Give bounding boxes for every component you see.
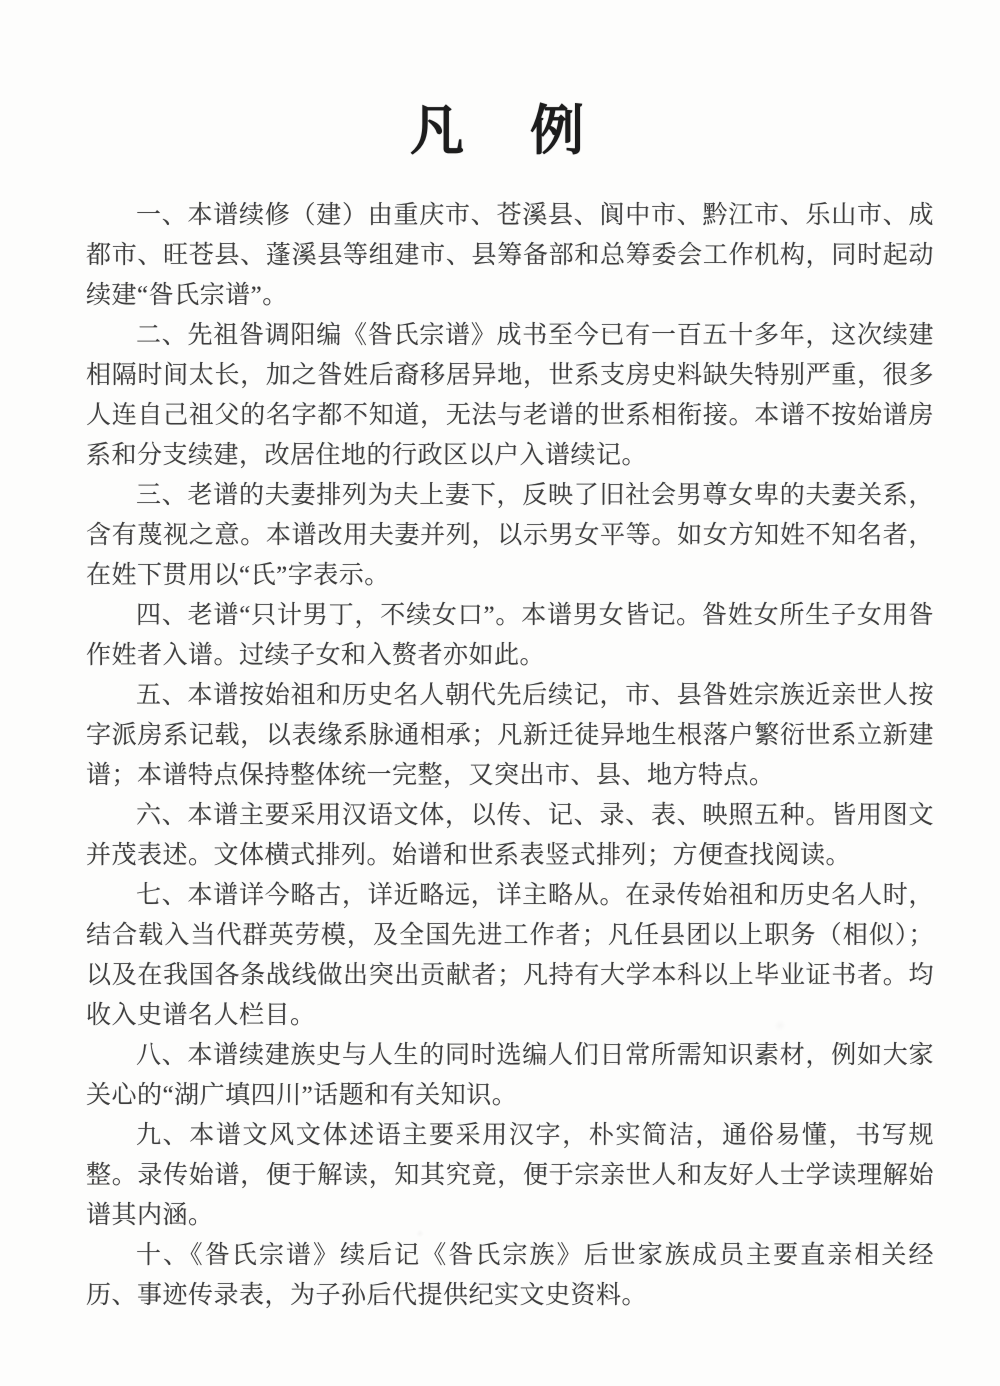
page-title: 凡 例 (0, 0, 1000, 166)
paragraph-2: 二、先祖昝调阳编《昝氏宗谱》成书至今已有一百五十多年，这次续建相隔时间太长，加之… (86, 316, 934, 476)
paragraph-7: 七、本谱详今略古，详近略远，详主略从。在录传始祖和历史名人时，结合载入当代群英劳… (86, 876, 934, 1036)
paragraph-10: 十、《昝氏宗谱》续后记《昝氏宗族》后世家族成员主要直亲相关经历、事迹传录表，为子… (86, 1236, 934, 1316)
paragraph-5: 五、本谱按始祖和历史名人朝代先后续记，市、县昝姓宗族近亲世人按字派房系记载，以表… (86, 676, 934, 796)
paragraph-8: 八、本谱续建族史与人生的同时选编人们日常所需知识素材，例如大家关心的“湖广填四川… (86, 1036, 934, 1116)
paragraph-4: 四、老谱“只计男丁，不续女口”。本谱男女皆记。昝姓女所生子女用昝作姓者入谱。过续… (86, 596, 934, 676)
scanned-document-page: 凡 例 一、本谱续修（建）由重庆市、苍溪县、阆中市、黔江市、乐山市、成都市、旺苍… (0, 0, 1000, 1386)
body-text: 一、本谱续修（建）由重庆市、苍溪县、阆中市、黔江市、乐山市、成都市、旺苍县、蓬溪… (86, 196, 934, 1316)
paragraph-6: 六、本谱主要采用汉语文体，以传、记、录、表、映照五种。皆用图文并茂表述。文体横式… (86, 796, 934, 876)
paragraph-9: 九、本谱文风文体述语主要采用汉字，朴实简洁，通俗易懂，书写规整。录传始谱，便于解… (86, 1116, 934, 1236)
paragraph-3: 三、老谱的夫妻排列为夫上妻下，反映了旧社会男尊女卑的夫妻关系，含有蔑视之意。本谱… (86, 476, 934, 596)
paragraph-1: 一、本谱续修（建）由重庆市、苍溪县、阆中市、黔江市、乐山市、成都市、旺苍县、蓬溪… (86, 196, 934, 316)
